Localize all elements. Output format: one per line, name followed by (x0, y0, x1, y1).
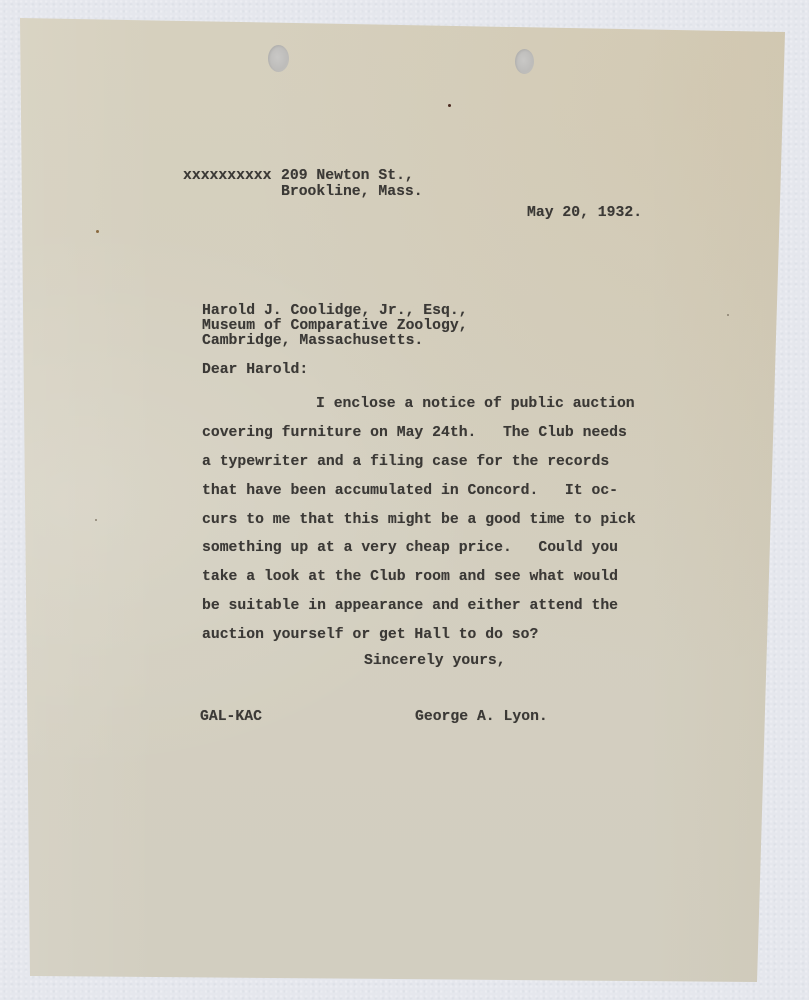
paper-speck (727, 314, 729, 316)
reference-initials: GAL-KAC (200, 709, 262, 725)
letter-date: May 20, 1932. (527, 205, 642, 221)
recipient-institution: Museum of Comparative Zoology, (202, 318, 468, 334)
paper-speck (95, 519, 97, 521)
punch-hole-right (515, 49, 534, 74)
ink-speck (448, 104, 451, 107)
body-line: that have been accumulated in Concord. I… (202, 483, 618, 499)
body-line: covering furniture on May 24th. The Club… (202, 425, 627, 441)
closing: Sincerely yours, (364, 653, 506, 669)
letter-paper (0, 0, 809, 1000)
body-line: curs to me that this might be a good tim… (202, 512, 636, 528)
salutation: Dear Harold: (202, 362, 308, 378)
recipient-name: Harold J. Coolidge, Jr., Esq., (202, 303, 468, 319)
paper-speck (96, 230, 99, 233)
body-line: a typewriter and a filing case for the r… (202, 454, 609, 470)
body-line: be suitable in appearance and either att… (202, 598, 618, 614)
recipient-location: Cambridge, Massachusetts. (202, 333, 423, 349)
body-line: take a look at the Club room and see wha… (202, 569, 618, 585)
sender-address-city: Brookline, Mass. (281, 184, 423, 200)
body-line: something up at a very cheap price. Coul… (202, 540, 618, 556)
sender-address-struck: xxxxxxxxxx (183, 168, 272, 184)
body-line: I enclose a notice of public auction (316, 396, 635, 412)
punch-hole-left (268, 45, 289, 72)
body-line: auction yourself or get Hall to do so? (202, 627, 538, 643)
signature: George A. Lyon. (415, 709, 548, 725)
sender-address-street: 209 Newton St., (281, 168, 414, 184)
